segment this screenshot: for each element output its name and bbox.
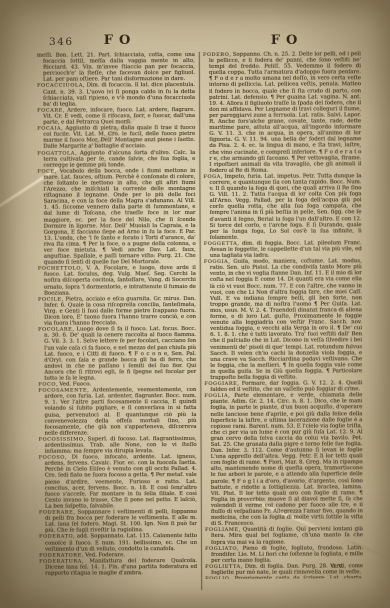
dictionary-entry: Focosissimo, Superl. di focoso. Lat. fla… [39,436,197,455]
entry-headword: Foglio [205,576,229,579]
entry-body: , Guiſa, modo, maniera, coſtume. Lat. mo… [210,258,362,380]
dictionary-entry: Focile, Pietra, acciaio e eſca guarnita.… [38,296,196,327]
dictionary-entry: Fogliato, Pieno di foglie, fogliuto, fro… [205,545,363,564]
running-header-left: FO [104,33,137,48]
dictionary-entry: Fogattola, Aggiunto d'alcuna ſorta d'uli… [37,150,195,169]
text-columns: meſſi. Bon. Lett. 21. Part. ſchiacciata,… [37,51,363,579]
page-number: 346 [49,36,74,48]
dictionary-entry: Foce, Vocabolo della bocca, onde i fiumi… [37,168,195,266]
left-column: meſſi. Bon. Lett. 21. Part. ſchiacciata,… [37,52,197,580]
dictionary-entry: Foga, Impeto, furia. Lat. impetus. Petr.… [203,173,361,241]
dictionary-entry: Focaia, Aggiunto di pietra, dalla quale … [37,125,195,150]
entry-body: , Aggiunto di pietra, dalla quale ſi tra… [43,125,195,150]
dictionary-entry: Focosamente, Ardentemente, veementemente… [38,387,196,436]
dictionary-entry: Foderatura, Manifattura del foderare Qua… [39,558,197,577]
entry-body: , Luogo dove ſi fa il fuoco. Lat. focus.… [44,326,196,381]
entry-body: , Propriamente carta da ſcrivere. Lat. c… [211,575,363,579]
entry-body: , Vocabolo della bocca, onde i fiumi met… [43,168,195,266]
dictionary-entry: Foggetta, dim. di foggia. Bocc. Lat. pil… [204,240,362,259]
dictionary-entry: Focacciuola, Dim. di focaccia. Il lat. d… [37,82,195,107]
entry-body: meſſi. Bon. Lett. 21. Part. ſchiacciata,… [37,52,195,83]
dictionary-entry: Foggiare, Formare, dar foggia. G. V. 12.… [204,380,362,393]
entry-body: , Parte elementare, e verde, chiamata de… [210,393,363,528]
entry-body: , Di fuoco, infocato, ardente. Lat. igne… [45,454,197,509]
dictionary-entry: Foglia, Parte elementare, e verde, chiam… [204,393,363,528]
dictionary-entry: Fodero, Soppanno. Ch. n. 25. 2. Delle lo… [203,51,362,174]
right-column: Fodero, Soppanno. Ch. n. 25. 2. Delle lo… [203,51,363,579]
dictionary-entry: Focolare, Luogo dove ſi fa il fuoco. Lat… [38,326,196,382]
dictionary-entry: Focare, Ardere, infocare, fuoco. Lat. ar… [37,107,195,126]
running-header-right: FO [271,33,304,48]
catchword: G.V. [331,564,344,570]
entry-body: , Impeto, furia. Lat. impetus. Petr. Tut… [209,173,361,241]
dictionary-entry: Fogliame, Quantità di foglie. Qui pervie… [205,527,363,546]
entry-body: , Soppanno. Ch. n. 25. 2. Delle lor pell… [209,51,361,173]
scanned-page: 346 FO FO meſſi. Bon. Lett. 21. Part. ſc… [0,0,390,608]
entry-body: , Pietra, acciaio e eſca guarnita. Gr. m… [44,296,196,327]
dictionary-entry: Foderare, Soppannare i veſtimenti di pel… [39,509,197,534]
running-header: 346 FO FO [38,33,362,50]
entry-body: , Ardentemente, veementemente, con ardor… [44,387,196,436]
entry-body: , Ardere, infocare, fuoco. Lat. ardere, … [43,107,195,126]
column-divider [199,52,202,590]
dictionary-entry: meſſi. Bon. Lett. 21. Part. ſchiacciata,… [37,52,195,83]
dictionary-entry: Foggia, Guiſa, modo, maniera, coſtume. L… [204,258,363,381]
dictionary-entry: Focoso, Di fuoco, infocato, ardente. Lat… [39,454,197,510]
dictionary-entry: Foglio, Propriamente carta da ſcrivere. … [205,575,363,579]
dictionary-entry: Fochettolo, V. A. Focolare, e luogo, dov… [38,265,196,296]
dictionary-entry: Foderato, add. Soppannato. Lat. 115. Cal… [39,533,197,552]
